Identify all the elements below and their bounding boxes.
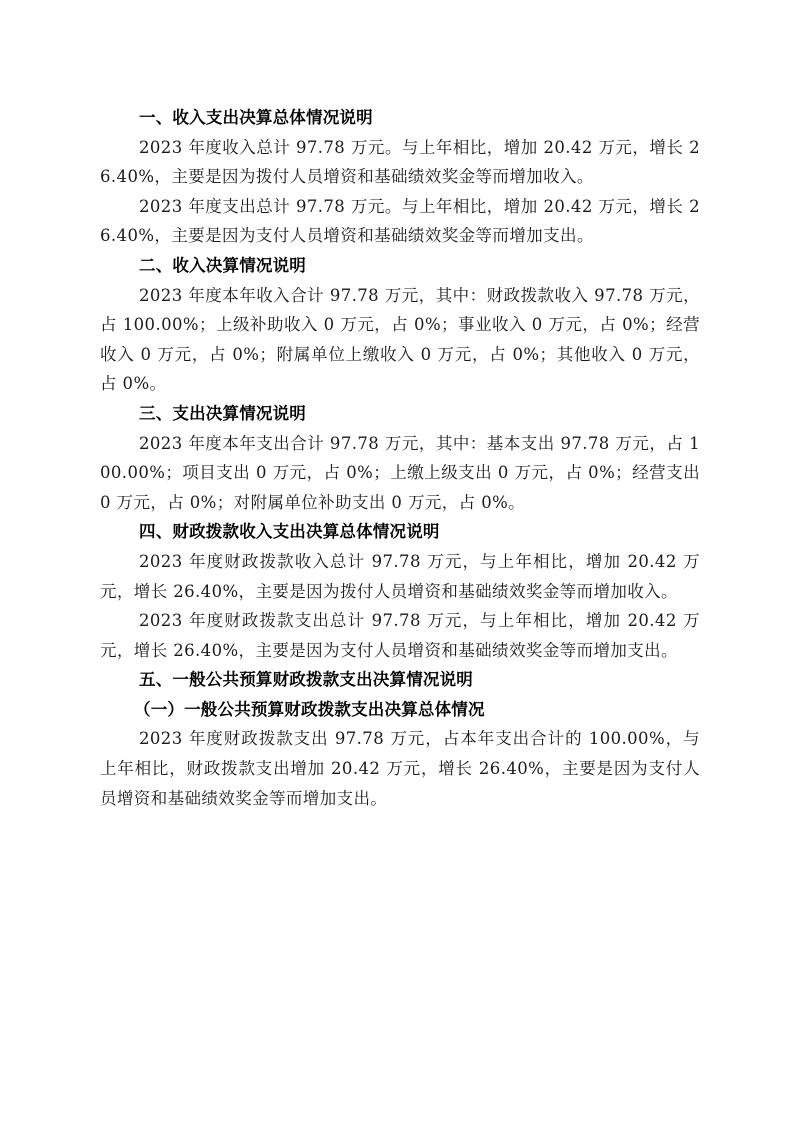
- section-fiscal-appropriation-overview: 四、财政拨款收入支出决算总体情况说明 2023 年度财政拨款收入总计 97.78…: [100, 517, 700, 665]
- section-heading: 三、支出决算情况说明: [100, 399, 700, 429]
- subsection-heading: （一）一般公共预算财政拨款支出决算总体情况: [100, 695, 700, 725]
- section-heading: 二、收入决算情况说明: [100, 251, 700, 281]
- paragraph-expense-total: 2023 年度支出总计 97.78 万元。与上年相比，增加 20.42 万元，增…: [100, 192, 700, 251]
- section-expense-details: 三、支出决算情况说明 2023 年度本年支出合计 97.78 万元，其中：基本支…: [100, 399, 700, 517]
- paragraph-income-breakdown: 2023 年度本年收入合计 97.78 万元，其中：财政拨款收入 97.78 万…: [100, 281, 700, 399]
- section-heading: 五、一般公共预算财政拨款支出决算情况说明: [100, 665, 700, 695]
- section-income-expense-overview: 一、收入支出决算总体情况说明 2023 年度收入总计 97.78 万元。与上年相…: [100, 103, 700, 251]
- paragraph-general-budget-expense: 2023 年度财政拨款支出 97.78 万元，占本年支出合计的 100.00%，…: [100, 724, 700, 813]
- section-heading: 一、收入支出决算总体情况说明: [100, 103, 700, 133]
- section-income-details: 二、收入决算情况说明 2023 年度本年收入合计 97.78 万元，其中：财政拨…: [100, 251, 700, 399]
- paragraph-fiscal-income: 2023 年度财政拨款收入总计 97.78 万元，与上年相比，增加 20.42 …: [100, 547, 700, 606]
- section-general-public-budget: 五、一般公共预算财政拨款支出决算情况说明 （一）一般公共预算财政拨款支出决算总体…: [100, 665, 700, 813]
- paragraph-fiscal-expense: 2023 年度财政拨款支出总计 97.78 万元，与上年相比，增加 20.42 …: [100, 606, 700, 665]
- document-page: 一、收入支出决算总体情况说明 2023 年度收入总计 97.78 万元。与上年相…: [100, 103, 700, 813]
- section-heading: 四、财政拨款收入支出决算总体情况说明: [100, 517, 700, 547]
- paragraph-income-total: 2023 年度收入总计 97.78 万元。与上年相比，增加 20.42 万元，增…: [100, 133, 700, 192]
- paragraph-expense-breakdown: 2023 年度本年支出合计 97.78 万元，其中：基本支出 97.78 万元，…: [100, 429, 700, 518]
